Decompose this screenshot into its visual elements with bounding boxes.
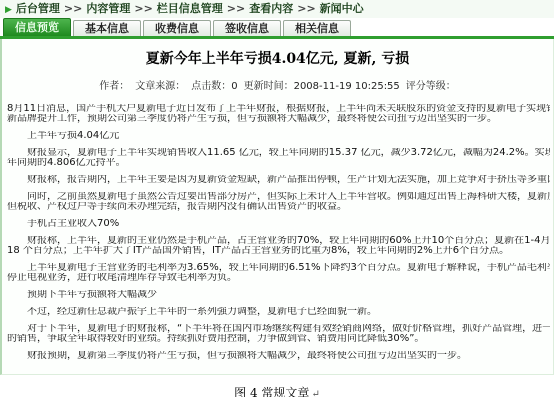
article-line: 预期下半年亏损额将大幅减少 (5, 290, 550, 300)
tab-签收信息[interactable]: 签收信息 (213, 20, 281, 36)
article-line: 18 个百分点；上半年扩大了IT产品国外销售，IT产品占主营业务的比重为8%，较… (5, 246, 550, 256)
cms-admin-screen: ▶后台管理>>内容管理>>栏目信息管理>>查看内容>>新闻中心 信息预览基本信息… (0, 0, 554, 397)
article-meta-part: 点击数：0 (191, 81, 237, 92)
article-line: 上半年亏损4.04亿元 (5, 131, 550, 141)
article-paragraph: 财报称，上半年，夏新的主业仍然是手机产品，占主营业务的70%，较上年同期的60%… (5, 236, 550, 256)
tab-相关信息[interactable]: 相关信息 (283, 20, 351, 36)
article-line: 同时，之前虽然夏新电子虽然公告过要出售部分房产，但实际上未计入上半年营收。例如通… (5, 192, 550, 202)
article-line: 年同期的4.806亿元持平。 (5, 158, 550, 168)
tab-基本信息[interactable]: 基本信息 (73, 20, 141, 36)
article-line: 财报预期，夏新第三季度仍将产生亏损，但亏损额将大幅减少，最终将使公司扭亏迈出坚实… (5, 351, 550, 361)
breadcrumb-separator: >> (64, 2, 82, 15)
article-line: 的销售，争取全年取得较好的业绩。持续抓好费用控制，力争做到管、销费用同比降低30… (5, 334, 550, 344)
return-mark-icon: ↵ (311, 389, 319, 397)
article-line: 停止电视业务，进行收尾清理库存导致毛利率为负。 (5, 273, 550, 283)
article-line: 8月11日消息，国产手机大户夏新电子近日发布了上半年财报，根据财报，上半年尚未关… (5, 104, 550, 114)
article-paragraph: 预期下半年亏损额将大幅减少 (5, 290, 550, 300)
article-paragraph: 手机占主业收入70% (5, 219, 550, 229)
article-paragraph: 财报预期，夏新第三季度仍将产生亏损，但亏损额将大幅减少，最终将使公司扭亏迈出坚实… (5, 351, 550, 361)
article-line: 上半年夏新电子主营业务的毛利率为3.65%，较上年同期的6.51%下降约3个百分… (5, 263, 550, 273)
breadcrumb-item-1[interactable]: 后台管理 (16, 2, 60, 15)
article-line: 财报称，报告期内，上半年主要是因为夏新资金短缺，新产品推出停顿，生产计划无法实施… (5, 175, 550, 185)
article-line: 财报称，上半年，夏新的主业仍然是手机产品，占主营业务的70%，较上年同期的60%… (5, 236, 550, 246)
article-paragraph: 上半年夏新电子主营业务的毛利率为3.65%，较上年同期的6.51%下降约3个百分… (5, 263, 550, 283)
breadcrumb-separator: >> (227, 2, 245, 15)
breadcrumb-item-3[interactable]: 栏目信息管理 (157, 2, 223, 15)
figure-caption: 图 4 常规文章↵ (0, 384, 554, 397)
article-line: 不过，经过新任总裁卢振宇上半年的一系列强力调整，夏新电子已经面貌一新。 (5, 307, 550, 317)
article-preview-panel: 夏新今年上半年亏损4.04亿元, 夏新, 亏损 作者：文章来源：点击数：0更新时… (0, 39, 554, 375)
breadcrumb-item-2[interactable]: 内容管理 (86, 2, 130, 15)
article-meta-part: 文章来源： (135, 81, 185, 92)
article-body: 8月11日消息，国产手机大户夏新电子近日发布了上半年财报，根据财报，上半年尚未关… (5, 104, 550, 361)
article-meta-part: 更新时间：2008-11-19 10:25:55 (244, 81, 400, 92)
breadcrumb-item-5[interactable]: 新闻中心 (320, 2, 364, 15)
breadcrumb-arrow-icon: ▶ (5, 5, 12, 15)
article-paragraph: 不过，经过新任总裁卢振宇上半年的一系列强力调整，夏新电子已经面貌一新。 (5, 307, 550, 317)
tab-信息预览[interactable]: 信息预览 (3, 18, 71, 36)
article-paragraph: 对于下半年，夏新电子的财报称，“下半年将在国内市场继续构建有效经销商网络，做好价… (5, 324, 550, 344)
breadcrumb-item-4[interactable]: 查看内容 (249, 2, 293, 15)
article-meta-part: 作者： (99, 81, 129, 92)
breadcrumb: ▶后台管理>>内容管理>>栏目信息管理>>查看内容>>新闻中心 (0, 0, 554, 18)
article-paragraph: 同时，之前虽然夏新电子虽然公告过要出售部分房产，但实际上未计入上半年营收。例如通… (5, 192, 550, 212)
article-line: 对于下半年，夏新电子的财报称，“下半年将在国内市场继续构建有效经销商网络，做好价… (5, 324, 550, 334)
article-paragraph: 财报称，报告期内，上半年主要是因为夏新资金短缺，新产品推出停顿，生产计划无法实施… (5, 175, 550, 185)
figure-caption-text: 图 4 常规文章 (234, 386, 309, 397)
article-line: 手机占主业收入70% (5, 219, 550, 229)
article-title: 夏新今年上半年亏损4.04亿元, 夏新, 亏损 (8, 48, 547, 68)
article-paragraph: 上半年亏损4.04亿元 (5, 131, 550, 141)
article-line: 新品牌提升工作，预期公司第三季度仍将产生亏损，但亏损额将大幅减少，最终将使公司扭… (5, 114, 550, 124)
article-meta: 作者：文章来源：点击数：0更新时间：2008-11-19 10:25:55评分等… (2, 77, 553, 92)
breadcrumb-separator: >> (297, 2, 315, 15)
tab-bar: 信息预览基本信息收费信息签收信息相关信息 (0, 18, 554, 36)
article-paragraph: 8月11日消息，国产手机大户夏新电子近日发布了上半年财报，根据财报，上半年尚未关… (5, 104, 550, 124)
article-line: 但税收、产权过户等手续尚未办理完结，报告期内没有确认出售资产的收益。 (5, 202, 550, 212)
article-meta-part: 评分等级： (406, 81, 456, 92)
tab-收费信息[interactable]: 收费信息 (143, 20, 211, 36)
article-paragraph: 财报显示，夏新电子上半年实现销售收入11.65 亿元，较上年同期的15.37 亿… (5, 148, 550, 168)
article-line: 财报显示，夏新电子上半年实现销售收入11.65 亿元，较上年同期的15.37 亿… (5, 148, 550, 158)
breadcrumb-separator: >> (134, 2, 152, 15)
